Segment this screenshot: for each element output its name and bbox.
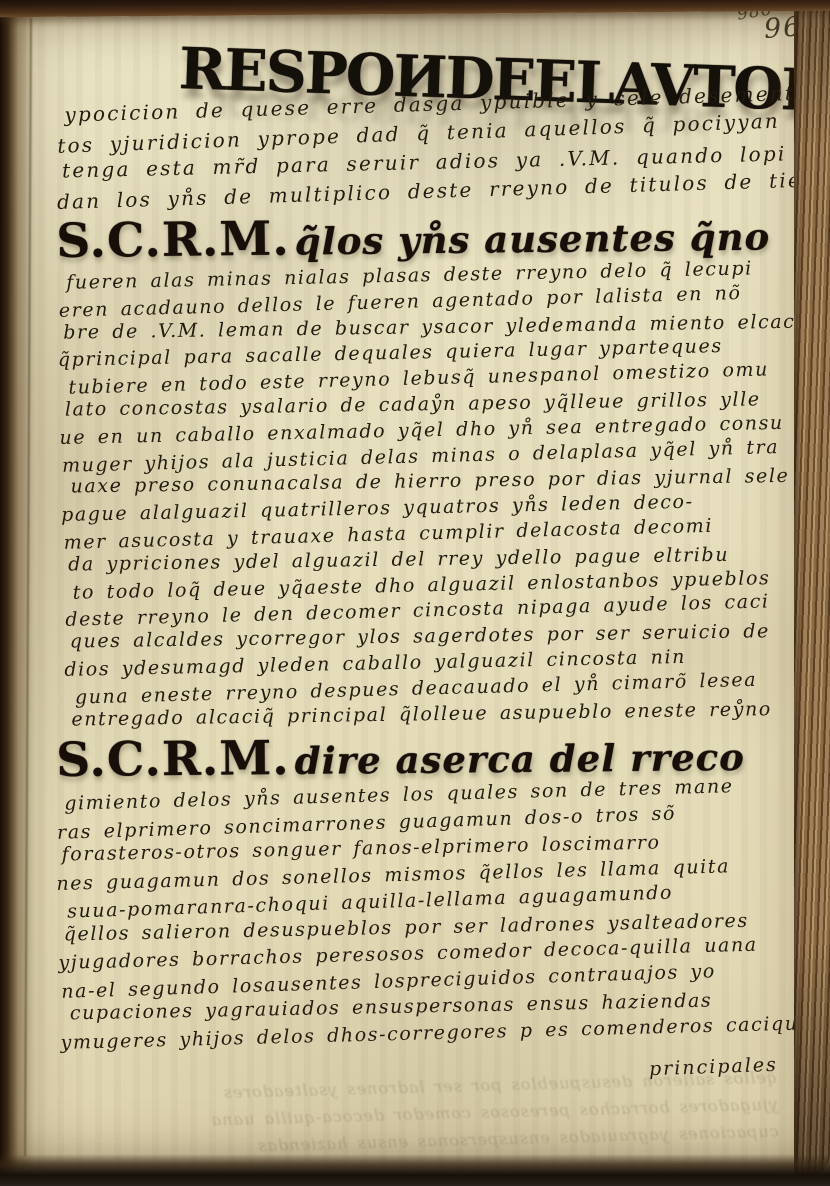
book-bottom-edge xyxy=(0,1154,830,1186)
body-paragraph-2: gimiento delos yn̊s ausentes los quales … xyxy=(54,772,803,1056)
body-paragraph-1: fueren alas minas nialas plasas deste rr… xyxy=(56,255,808,735)
manuscript-photo: 986 968 RESPOИDE EL AVTOR RESPOИDE EL AV… xyxy=(0,0,830,1186)
bleedthrough-line: yjugadores borrachos peresosos comedor d… xyxy=(34,1091,778,1139)
catchword: principales xyxy=(649,1054,779,1080)
book-top-edge xyxy=(0,0,830,17)
book-fore-edge xyxy=(794,6,830,1176)
opening-paragraph: ypocicion de quese erre dasga ypuible y … xyxy=(54,79,797,217)
gutter-shadow xyxy=(0,0,34,1186)
salutation-scrm: S.C.R.M. xyxy=(56,212,290,269)
salutation-scrm: S.C.R.M. xyxy=(56,731,290,788)
heading-text: q̃los yn̊s ausentes q̃no xyxy=(295,215,771,264)
